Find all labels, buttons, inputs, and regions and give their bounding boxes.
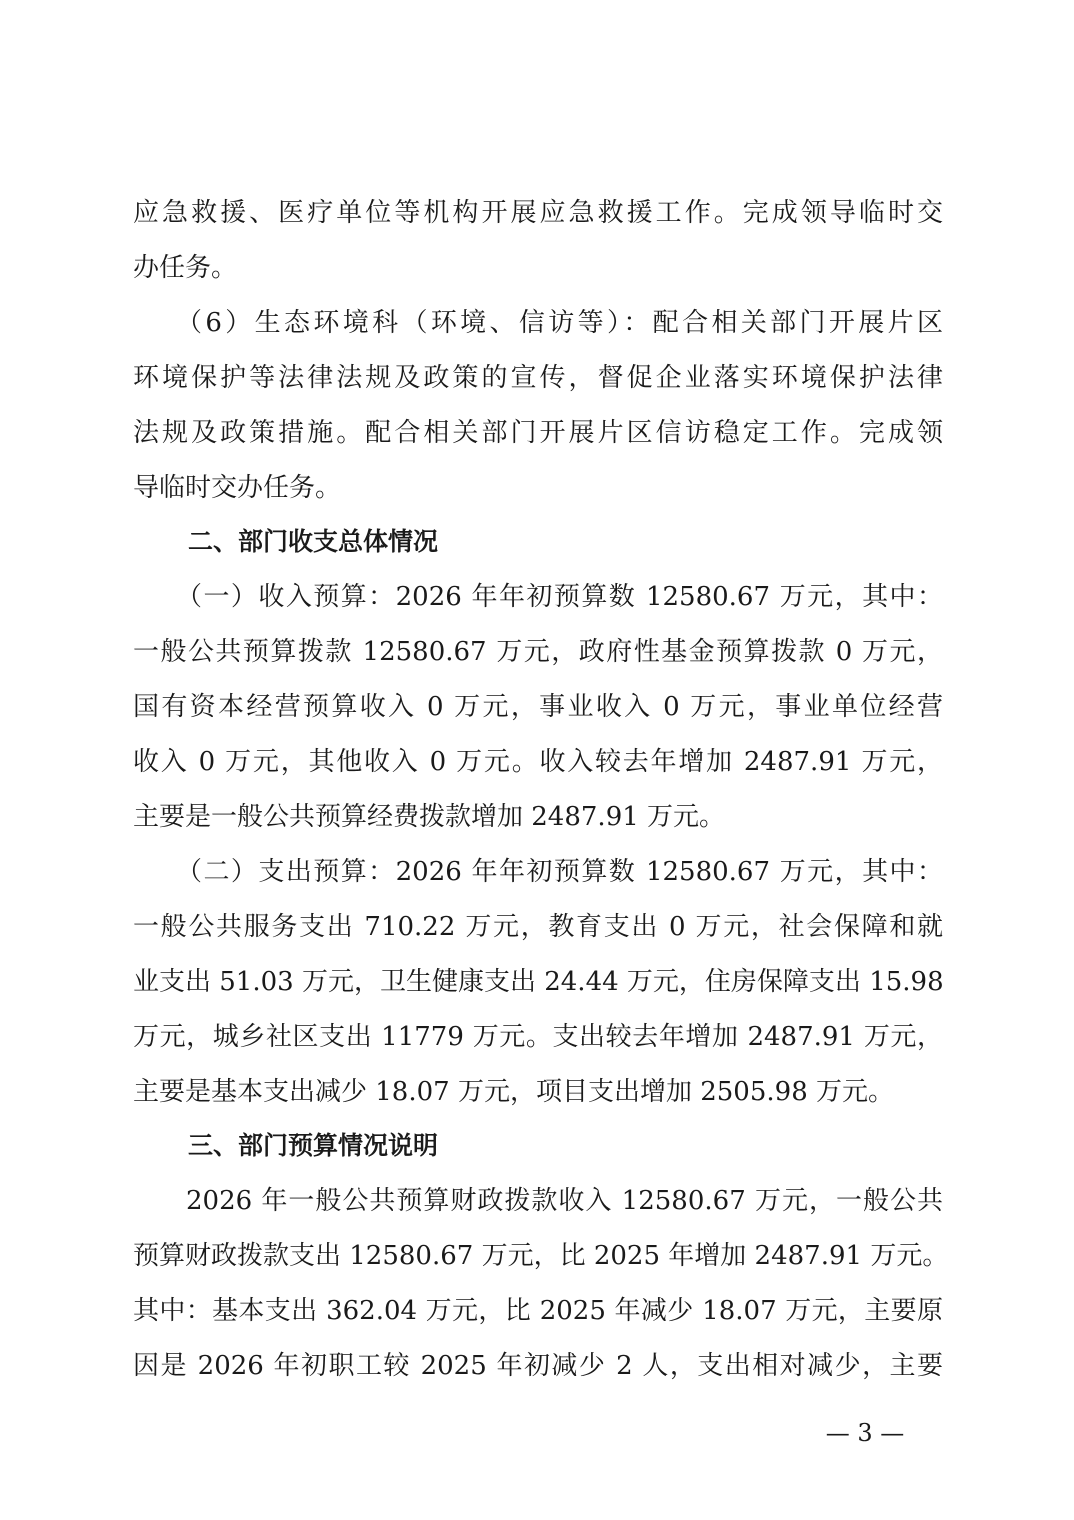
paragraph-line: 一般公共服务支出 710.22 万元，教育支出 0 万元，社会保障和就 [133, 907, 943, 947]
page-number: — 3 — [820, 1415, 910, 1451]
paragraph-line: 主要是一般公共预算经费拨款增加 2487.91 万元。 [133, 797, 943, 837]
paragraph-line: 法规及政策措施。配合相关部门开展片区信访稳定工作。完成领 [133, 413, 943, 453]
paragraph-line: 主要是基本支出减少 18.07 万元，项目支出增加 2505.98 万元。 [133, 1072, 943, 1112]
paragraph-line: （一）收入预算：2026 年年初预算数 12580.67 万元，其中： [176, 577, 943, 617]
paragraph-line: 环境保护等法律法规及政策的宣传，督促企业落实环境保护法律 [133, 358, 943, 398]
paragraph-line: 因是 2026 年初职工较 2025 年初减少 2 人，支出相对减少，主要 [133, 1346, 943, 1386]
paragraph-line: 其中：基本支出 362.04 万元，比 2025 年减少 18.07 万元，主要… [133, 1291, 943, 1331]
paragraph-line: 一般公共预算拨款 12580.67 万元，政府性基金预算拨款 0 万元， [133, 632, 943, 672]
paragraph-line: （二）支出预算：2026 年年初预算数 12580.67 万元，其中： [176, 852, 943, 892]
paragraph-line: 导临时交办任务。 [133, 468, 943, 508]
paragraph-line: 应急救援、医疗单位等机构开展应急救援工作。完成领导临时交 [133, 193, 943, 233]
section-heading: 三、部门预算情况说明 [188, 1126, 945, 1166]
section-heading: 二、部门收支总体情况 [188, 522, 945, 562]
paragraph-line: （6）生态环境科（环境、信访等）：配合相关部门开展片区 [176, 303, 943, 343]
document-page: 应急救援、医疗单位等机构开展应急救援工作。完成领导临时交 办任务。 （6）生态环… [0, 0, 1074, 1520]
paragraph-line: 国有资本经营预算收入 0 万元，事业收入 0 万元，事业单位经营 [133, 687, 943, 727]
paragraph-line: 办任务。 [133, 248, 943, 288]
paragraph-line: 预算财政拨款支出 12580.67 万元，比 2025 年增加 2487.91 … [133, 1236, 943, 1276]
paragraph-line: 2026 年一般公共预算财政拨款收入 12580.67 万元，一般公共 [186, 1181, 943, 1221]
paragraph-line: 收入 0 万元，其他收入 0 万元。收入较去年增加 2487.91 万元， [133, 742, 943, 782]
paragraph-line: 万元，城乡社区支出 11779 万元。支出较去年增加 2487.91 万元， [133, 1017, 943, 1057]
paragraph-line: 业支出 51.03 万元，卫生健康支出 24.44 万元，住房保障支出 15.9… [133, 962, 943, 1002]
